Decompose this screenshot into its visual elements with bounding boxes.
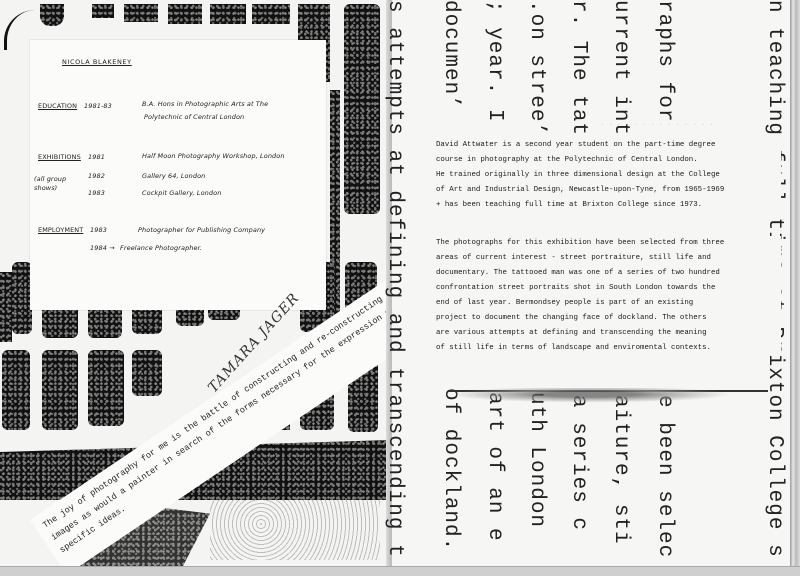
- cv-entry: Freelance Photographer.: [120, 244, 202, 252]
- statement-line: of still life in terms of landscape and …: [436, 341, 781, 356]
- statement-line: areas of current interest - street portr…: [436, 251, 781, 266]
- rotated-text-column: a series c: [567, 395, 590, 531]
- photo-block: [132, 350, 162, 396]
- cv-year: 1981-83: [84, 102, 112, 110]
- cv-heading-employment: EMPLOYMENT: [38, 226, 83, 234]
- rotated-text-column: aiture, sti: [609, 395, 632, 545]
- statement-line: are various attempts at defining and tra…: [436, 326, 781, 341]
- zine-spread: NICOLA BLAKENEY EDUCATION 1981-83 B.A. H…: [0, 0, 800, 576]
- rotated-text-column: .on stree’: [525, 0, 548, 136]
- cv-year: 1983: [90, 226, 107, 234]
- bio-line: of Art and Industrial Design, Newcastle-…: [436, 183, 781, 198]
- photo-block: [2, 350, 30, 430]
- rotated-text-column: documen’: [439, 0, 462, 109]
- cv-entry: Polytechnic of Central London: [144, 113, 244, 121]
- cv-sheet: NICOLA BLAKENEY EDUCATION 1981-83 B.A. H…: [30, 40, 326, 310]
- statement-line: confrontation street portraits shot in S…: [436, 281, 781, 296]
- photo-block: [88, 350, 124, 426]
- photo-block: [344, 4, 380, 214]
- cv-heading-education: EDUCATION: [38, 102, 77, 110]
- rotated-text-column: ; year. I: [483, 0, 506, 122]
- cv-entry: Cockpit Gallery, London: [142, 189, 221, 197]
- rotated-text-column: uth London: [525, 392, 548, 528]
- statement-line: The photographs for this exhibition have…: [436, 236, 781, 251]
- statement-line: documentary. The tattooed man was one of…: [436, 266, 781, 281]
- bio-line: He trained originally in three dimension…: [436, 168, 781, 183]
- bio-line: + has been teaching full time at Brixton…: [436, 198, 781, 213]
- statement-paragraph: The photographs for this exhibition have…: [436, 236, 781, 356]
- left-page: NICOLA BLAKENEY EDUCATION 1981-83 B.A. H…: [0, 0, 392, 568]
- bio-line: David Attwater is a second year student …: [436, 138, 781, 153]
- cv-year: 1984 →: [90, 244, 115, 252]
- rotated-text-column: s attempts at defining and transcending …: [383, 0, 406, 558]
- rotated-text-column: e been selec: [653, 395, 676, 558]
- page-bottom-edge: [0, 566, 800, 576]
- bio-line: course in photography at the Polytechnic…: [436, 153, 781, 168]
- statement-line: end of last year. Bermondsey people is p…: [436, 296, 781, 311]
- cv-name: NICOLA BLAKENEY: [62, 58, 132, 66]
- photo-block: [168, 4, 202, 24]
- cv-year: 1982: [88, 172, 105, 180]
- rotated-text-column: of dockland.: [439, 388, 462, 551]
- torn-edge-smudge: [455, 388, 755, 404]
- photo-block: [0, 272, 12, 342]
- rotated-text-column: raphs for: [653, 0, 676, 122]
- cv-year: 1981: [88, 153, 105, 161]
- photo-block: [40, 4, 64, 26]
- bio-paragraph: David Attwater is a second year student …: [436, 138, 781, 213]
- cv-heading-exhibitions: EXHIBITIONS: [38, 153, 81, 161]
- cv-note: (all group shows): [34, 175, 76, 193]
- cv-entry: Gallery 64, London: [142, 172, 205, 180]
- statement-line: project to document the changing face of…: [436, 311, 781, 326]
- rotated-text-column: art of an e: [483, 392, 506, 542]
- photo-block: [42, 350, 78, 430]
- photo-block: [210, 4, 246, 24]
- cv-entry: Photographer for Publishing Company: [138, 226, 265, 234]
- page-edge: [790, 0, 800, 568]
- photo-ground-speckle: [210, 500, 380, 560]
- rotated-text-column: urrent int: [609, 0, 632, 136]
- photo-block: [12, 262, 32, 334]
- cv-entry: Half Moon Photography Workshop, London: [142, 152, 285, 160]
- photo-block: [124, 4, 158, 22]
- photo-block: [92, 4, 114, 18]
- cv-year: 1983: [88, 189, 105, 197]
- rotated-text-column: r. The tat: [567, 0, 590, 136]
- cv-entry: B.A. Hons in Photographic Arts at The: [142, 100, 268, 108]
- photo-block: [252, 4, 290, 24]
